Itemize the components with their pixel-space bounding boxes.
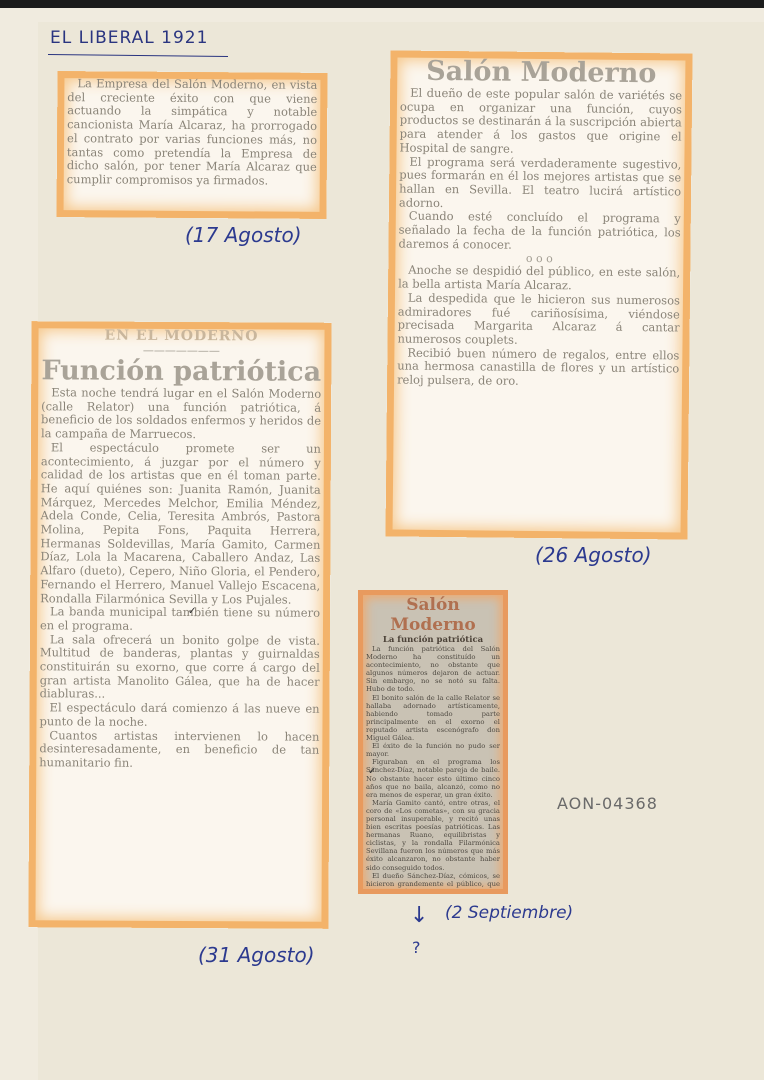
pen-tick-icon: ✓ <box>368 766 376 777</box>
date-note-26-agosto: (26 Agosto) <box>535 543 652 567</box>
question-mark-annotation: ? <box>412 938 421 957</box>
clipping-26-agosto: Salón Moderno El dueño de este popular s… <box>385 50 692 539</box>
clipping-2-septiembre: Salón Moderno La función patriótica La f… <box>358 590 508 894</box>
clipping-paragraph: La sala ofrecerá un bonito golpe de vist… <box>40 633 320 703</box>
pen-tick-icon: ✓ <box>188 606 196 617</box>
date-note-31-agosto: (31 Agosto) <box>198 943 315 967</box>
clipping-title: Función patriótica <box>41 356 321 387</box>
down-arrow-icon: ↓ <box>410 903 428 928</box>
clipping-paragraph: Cuantos artistas intervienen lo hacen de… <box>39 729 319 772</box>
clipping-subtitle: La función patriótica <box>366 635 500 645</box>
clipping-paragraph: Figuraban en el programa los Sánchez-Día… <box>366 758 500 798</box>
clipping-paragraph: El espectáculo promete ser un acontecimi… <box>40 441 321 607</box>
clipping-paragraph: El dueño Sánchez-Díaz, cómicos, se hicie… <box>366 872 500 889</box>
clipping-title: Salón Moderno <box>400 57 682 90</box>
clipping-masthead: EN EL MODERNO <box>41 327 321 344</box>
clipping-title: Salón Moderno <box>366 595 500 635</box>
clipping-paragraph: El bonito salón de la calle Relator se h… <box>366 694 500 743</box>
catalog-number: AON-04368 <box>557 794 658 813</box>
date-note-2-septiembre: (2 Septiembre) <box>445 903 573 923</box>
clipping-paragraph: La Empresa del Salón Moderno, en vista d… <box>67 77 318 188</box>
clipping-paragraph: Esta noche tendrá lugar en el Salón Mode… <box>41 386 321 442</box>
clipping-paragraph: La despedida que le hicieron sus numeros… <box>397 291 680 349</box>
clipping-31-agosto: EN EL MODERNO ——————— Función patriótica… <box>28 321 331 929</box>
clipping-paragraph: María Gamito cantó, entre otras, el coro… <box>366 799 500 872</box>
clipping-paragraph: Anoche se despidió del público, en este … <box>398 264 680 294</box>
scanned-sheet: EL LIBERAL 1921 La Empresa del Salón Mod… <box>0 8 764 1080</box>
clipping-17-agosto: La Empresa del Salón Moderno, en vista d… <box>56 71 327 219</box>
document-heading: EL LIBERAL 1921 <box>50 28 208 48</box>
clipping-paragraph: Recibió buen número de regalos, entre el… <box>397 346 679 390</box>
clipping-paragraph: El dueño de este popular salón de variét… <box>399 87 682 158</box>
clipping-paragraph: Cuando esté concluído el programa y seña… <box>398 210 680 254</box>
clipping-paragraph: El espectáculo dará comienzo á las nueve… <box>39 701 319 730</box>
clipping-paragraph: La banda municipal también tiene su núme… <box>40 606 320 635</box>
date-note-17-agosto: (17 Agosto) <box>185 223 302 247</box>
clipping-paragraph: El éxito de la función no pudo ser mayor… <box>366 742 500 758</box>
clipping-paragraph: La función patriótica del Salón Moderno … <box>366 645 500 694</box>
clipping-paragraph: El programa será verdaderamente sugestiv… <box>399 155 682 213</box>
